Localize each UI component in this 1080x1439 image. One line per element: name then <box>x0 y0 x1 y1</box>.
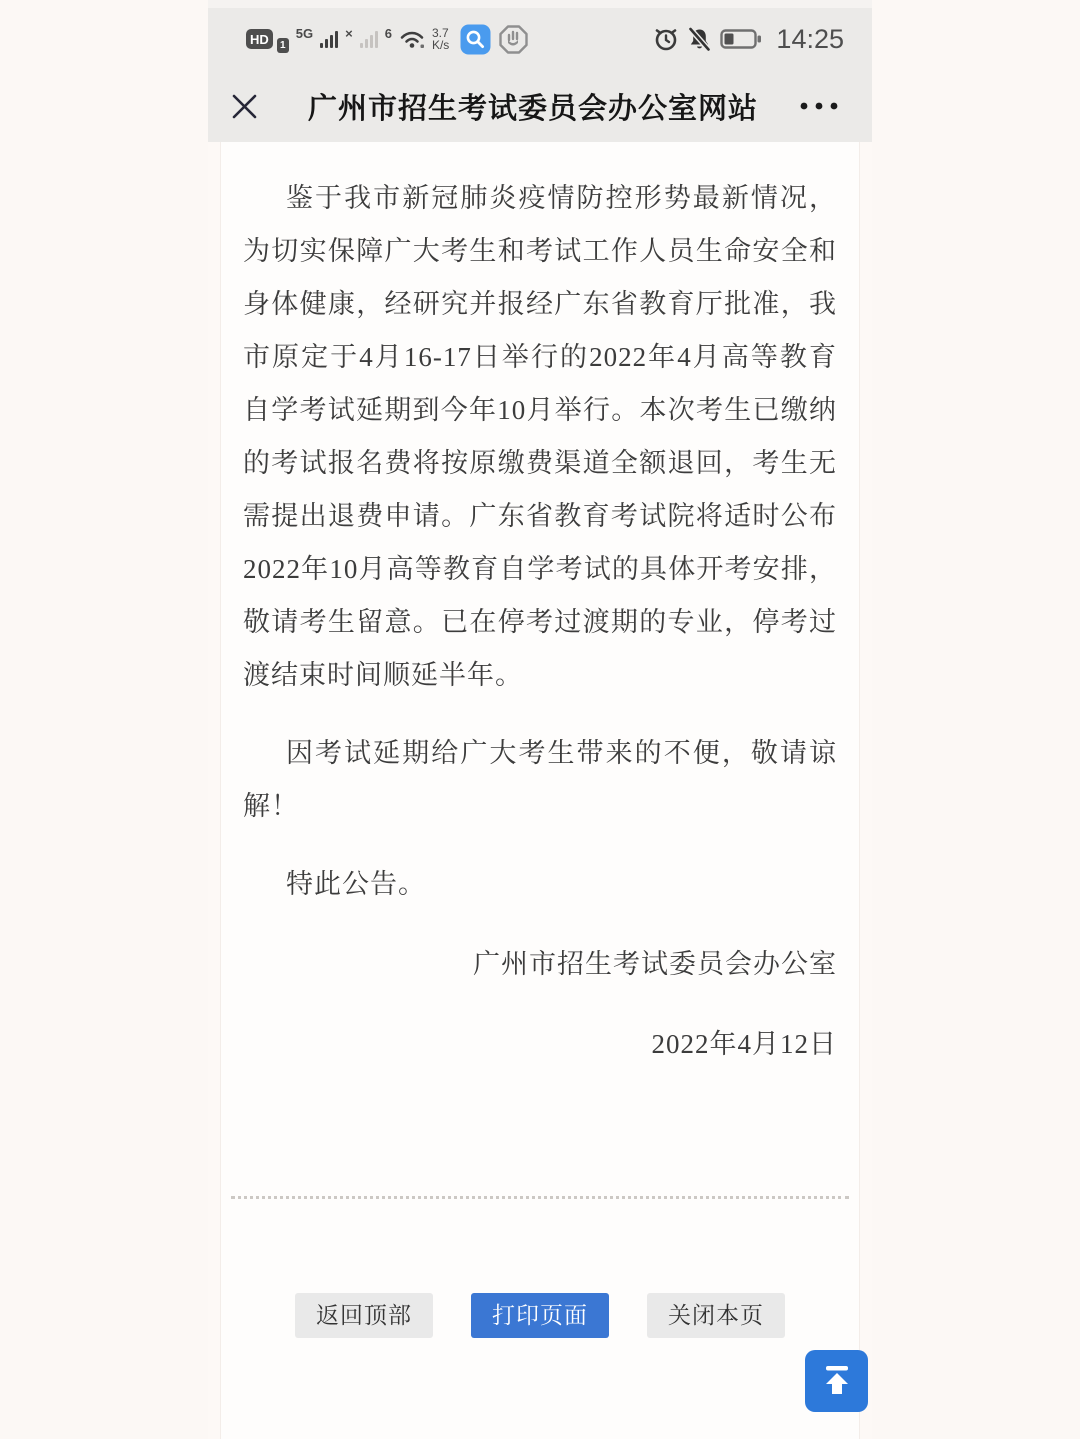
action-bar: 返回顶部 打印页面 关闭本页 <box>243 1293 837 1338</box>
hd-volte-icon: HD <box>246 29 273 49</box>
network-speed: 3.7 K/s <box>432 27 449 51</box>
arrow-up-to-top-icon <box>819 1363 855 1399</box>
nav-bar: 广州市招生考试委员会办公室网站 <box>208 70 872 142</box>
clock-time: 14:25 <box>776 24 844 55</box>
sim2-status-label: × <box>345 26 353 41</box>
close-icon[interactable] <box>230 92 270 121</box>
battery-icon <box>720 27 763 51</box>
alarm-icon <box>653 26 679 52</box>
network-speed-unit: K/s <box>432 38 449 52</box>
phone-screen: HD 1 5G × 6 3.7 K/s <box>208 0 872 1439</box>
announcement-paragraph: 鉴于我市新冠肺炎疫情防控形势最新情况，为切实保障广大考生和考试工作人员生命安全和… <box>243 172 837 702</box>
announcement-article: 鉴于我市新冠肺炎疫情防控形势最新情况，为切实保障广大考生和考试工作人员生命安全和… <box>220 142 860 1439</box>
close-page-button[interactable]: 关闭本页 <box>647 1293 785 1338</box>
sim1-network-label: 5G <box>296 26 313 41</box>
announcement-date: 2022年4月12日 <box>243 1018 837 1071</box>
more-menu-icon[interactable] <box>796 100 840 112</box>
wifi-icon <box>399 28 425 50</box>
back-to-top-fab[interactable] <box>805 1350 868 1412</box>
webpage: 鉴于我市新冠肺炎疫情防控形势最新情况，为切实保障广大考生和考试工作人员生命安全和… <box>208 142 872 1439</box>
top-strip <box>208 0 872 8</box>
print-page-button[interactable]: 打印页面 <box>471 1293 609 1338</box>
dotted-divider <box>231 1196 849 1199</box>
page-title: 广州市招生考试委员会办公室网站 <box>270 86 796 127</box>
status-right-group: 14:25 <box>653 24 844 55</box>
status-left-group: HD 1 5G × 6 3.7 K/s <box>246 24 529 55</box>
announcement-paragraph: 因考试延期给广大考生带来的不便，敬请谅解！ <box>243 727 837 833</box>
search-app-float-icon[interactable] <box>460 24 491 55</box>
back-to-top-button[interactable]: 返回顶部 <box>295 1293 433 1338</box>
status-bar: HD 1 5G × 6 3.7 K/s <box>208 8 872 70</box>
issuing-office-signature: 广州市招生考试委员会办公室 <box>243 938 837 991</box>
sim1-signal-icon <box>320 30 338 48</box>
sim2-signal-icon <box>360 30 378 48</box>
assistive-ball-icon[interactable] <box>498 24 529 55</box>
wifi6-label: 6 <box>385 26 392 41</box>
announcement-paragraph: 特此公告。 <box>243 858 837 911</box>
mute-icon <box>686 26 713 52</box>
sim1-badge: 1 <box>277 38 289 53</box>
